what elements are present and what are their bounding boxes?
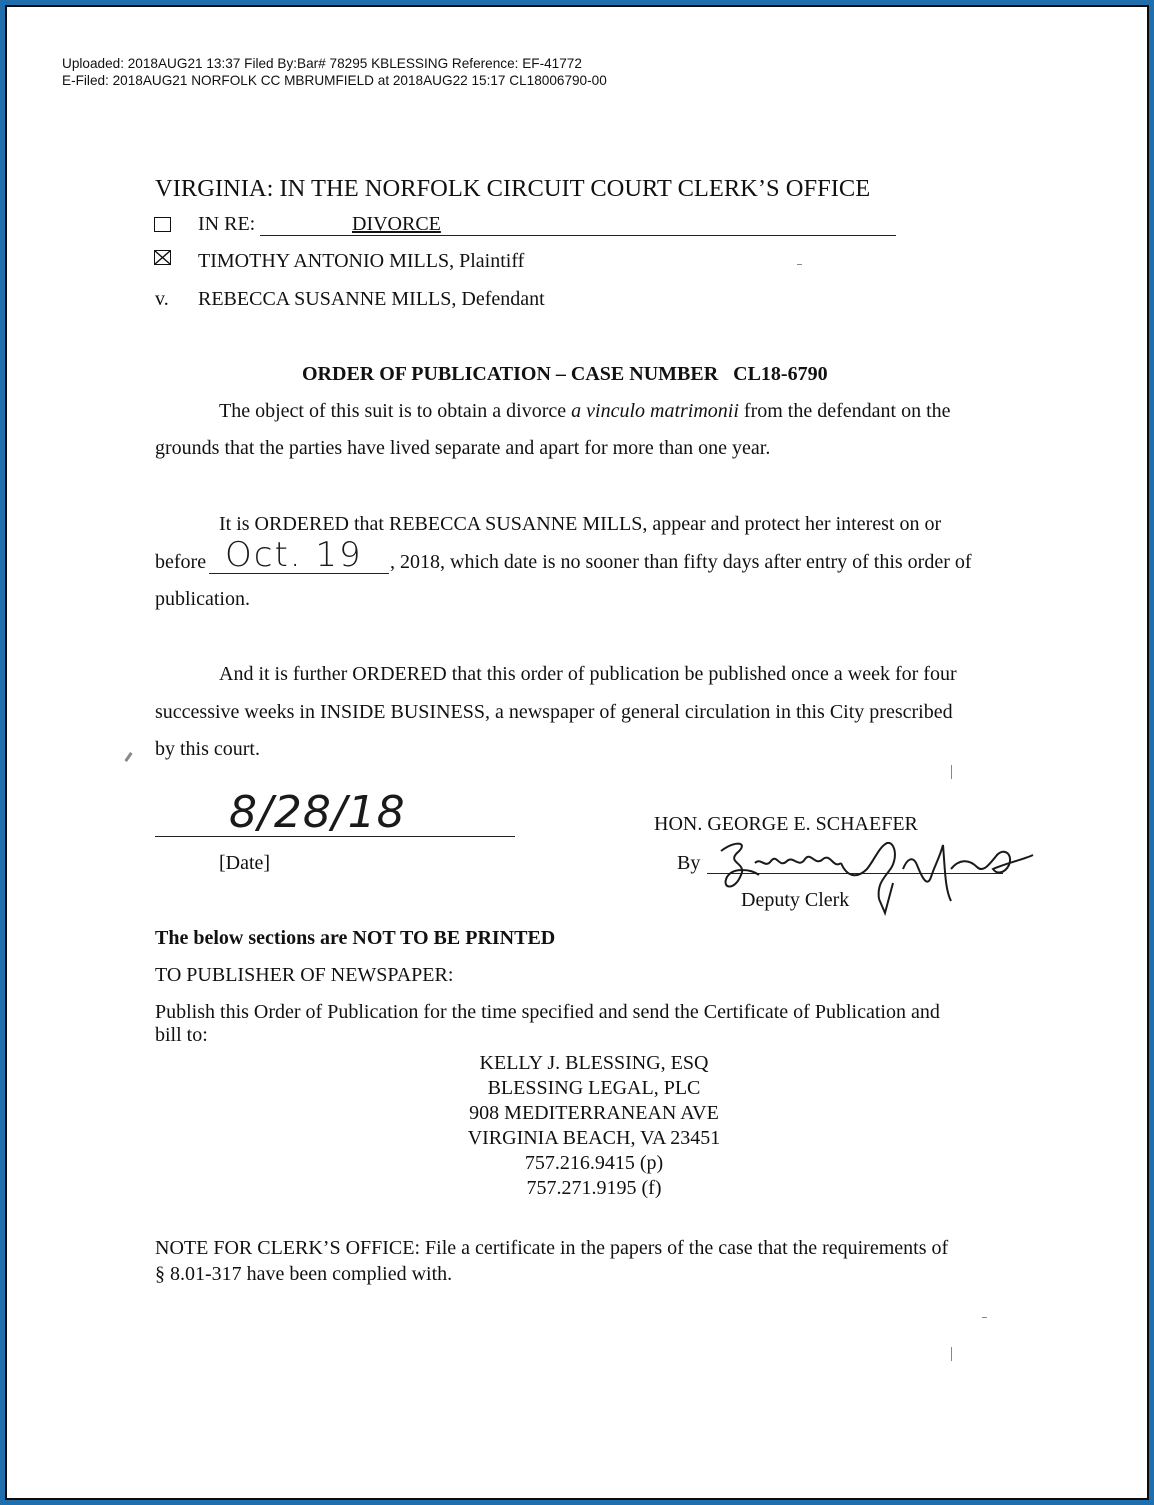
publisher-instructions-line-1: Publish this Order of Publication for th… — [155, 1001, 940, 1024]
handwritten-deadline-date: Oct. 19 — [225, 535, 363, 575]
scan-speck — [797, 264, 802, 265]
filing-stamp: Uploaded: 2018AUG21 13:37 Filed By:Bar# … — [62, 55, 607, 89]
scan-speck — [982, 1317, 987, 1318]
document-page: Uploaded: 2018AUG21 13:37 Filed By:Bar# … — [5, 5, 1149, 1500]
paragraph-3-line-3: by this court. — [155, 731, 260, 769]
latin-phrase: a vinculo matrimonii — [571, 400, 739, 422]
filing-stamp-line-2: E-Filed: 2018AUG21 NORFOLK CC MBRUMFIELD… — [62, 72, 607, 89]
bill-to-firm: BLESSING LEGAL, PLC — [384, 1076, 804, 1101]
clerk-note-line-2: § 8.01-317 have been complied with. — [155, 1263, 452, 1286]
bill-to-street: 908 MEDITERRANEAN AVE — [384, 1101, 804, 1126]
paragraph-1-text-b: from the defendant on the — [739, 400, 951, 422]
in-re-label: IN RE: — [198, 213, 255, 236]
paragraph-2-before-label: before — [155, 544, 206, 582]
publisher-instructions-line-2: bill to: — [155, 1024, 208, 1047]
bill-to-name: KELLY J. BLESSING, ESQ — [384, 1051, 804, 1076]
paragraph-1-text-a: The object of this suit is to obtain a d… — [219, 400, 571, 422]
bill-to-address: KELLY J. BLESSING, ESQ BLESSING LEGAL, P… — [384, 1051, 804, 1201]
versus-label: v. — [155, 288, 169, 311]
paragraph-1-line-2: grounds that the parties have lived sepa… — [155, 430, 770, 468]
paragraph-3-line-2: successive weeks in INSIDE BUSINESS, a n… — [155, 694, 953, 732]
publisher-heading: TO PUBLISHER OF NEWSPAPER: — [155, 964, 453, 987]
defendant-name: REBECCA SUSANNE MILLS, Defendant — [198, 288, 545, 311]
not-printed-notice: The below sections are NOT TO BE PRINTED — [155, 927, 555, 950]
deputy-clerk-title: Deputy Clerk — [741, 889, 849, 912]
checkbox-empty-icon[interactable] — [154, 217, 171, 232]
by-label: By — [677, 852, 700, 875]
checkbox-checked-icon[interactable] — [154, 250, 171, 265]
bill-to-city: VIRGINIA BEACH, VA 23451 — [384, 1126, 804, 1151]
handwritten-order-date: 8/28/18 — [229, 787, 406, 838]
plaintiff-name: TIMOTHY ANTONIO MILLS, Plaintiff — [198, 250, 524, 273]
scan-speck — [124, 752, 132, 762]
paragraph-2-line-3: publication. — [155, 581, 250, 619]
paragraph-3-line-1: And it is further ORDERED that this orde… — [219, 656, 957, 694]
paragraph-2-after-date: , 2018, which date is no sooner than fif… — [390, 544, 972, 582]
bill-to-fax: 757.271.9195 (f) — [384, 1176, 804, 1201]
scan-speck — [951, 765, 952, 779]
in-re-value: DIVORCE — [352, 213, 441, 236]
court-heading: VIRGINIA: IN THE NORFOLK CIRCUIT COURT C… — [155, 175, 870, 203]
date-label: [Date] — [219, 852, 270, 875]
bill-to-phone: 757.216.9415 (p) — [384, 1151, 804, 1176]
scan-speck — [951, 1347, 952, 1361]
clerk-note-line-1: NOTE FOR CLERK’S OFFICE: File a certific… — [155, 1237, 948, 1260]
order-title: ORDER OF PUBLICATION – CASE NUMBER CL18-… — [302, 363, 828, 386]
filing-stamp-line-1: Uploaded: 2018AUG21 13:37 Filed By:Bar# … — [62, 55, 607, 72]
paragraph-1-line-1: The object of this suit is to obtain a d… — [219, 393, 951, 431]
